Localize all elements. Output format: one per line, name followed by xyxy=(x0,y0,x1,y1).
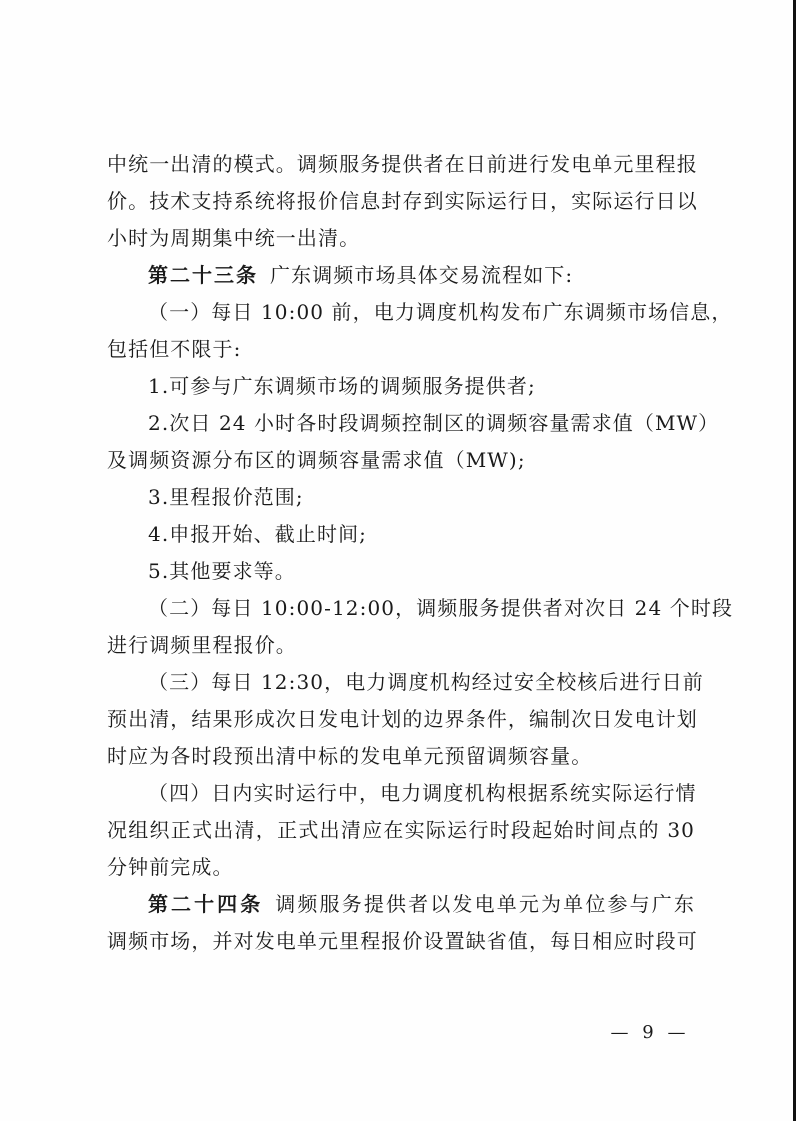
list-item: 2.次日 24 小时各时段调频控制区的调频容量需求值（MW） xyxy=(107,405,695,442)
text-line: 价。技术支持系统将报价信息封存到实际运行日，实际运行日以 xyxy=(107,183,695,220)
text-line: 中统一出清的模式。调频服务提供者在日前进行发电单元里程报 xyxy=(107,146,695,183)
text-line: 调频市场，并对发电单元里程报价设置缺省值，每日相应时段可 xyxy=(107,923,695,960)
list-item: 4.申报开始、截止时间; xyxy=(107,516,695,553)
article-label: 第二十三条 xyxy=(148,263,258,287)
text-line: （三）每日 12:30，电力调度机构经过安全校核后进行日前 xyxy=(107,664,695,701)
list-item: 3.里程报价范围; xyxy=(107,479,695,516)
text-line: 包括但不限于: xyxy=(107,331,695,368)
text-line: 及调频资源分布区的调频容量需求值（MW); xyxy=(107,442,695,479)
document-page: 中统一出清的模式。调频服务提供者在日前进行发电单元里程报 价。技术支持系统将报价… xyxy=(0,0,793,1121)
body-text: 中统一出清的模式。调频服务提供者在日前进行发电单元里程报 价。技术支持系统将报价… xyxy=(107,146,695,960)
text-line: 进行调频里程报价。 xyxy=(107,627,695,664)
list-item: 5.其他要求等。 xyxy=(107,553,695,590)
list-item: 1.可参与广东调频市场的调频服务提供者; xyxy=(107,368,695,405)
article-text: 调频服务提供者以发电单元为单位参与广东 xyxy=(275,892,695,916)
article-23-heading: 第二十三条广东调频市场具体交易流程如下: xyxy=(107,257,695,294)
text-line: 分钟前完成。 xyxy=(107,849,695,886)
article-24-heading: 第二十四条调频服务提供者以发电单元为单位参与广东 xyxy=(107,886,695,923)
article-text: 广东调频市场具体交易流程如下: xyxy=(270,263,573,287)
page-number: — 9 — xyxy=(600,1022,700,1043)
article-label: 第二十四条 xyxy=(148,892,263,916)
text-line: 时应为各时段预出清中标的发电单元预留调频容量。 xyxy=(107,738,695,775)
text-line: 况组织正式出清，正式出清应在实际运行时段起始时间点的 30 xyxy=(107,812,695,849)
text-line: 预出清，结果形成次日发电计划的边界条件，编制次日发电计划 xyxy=(107,701,695,738)
text-line: （二）每日 10:00-12:00，调频服务提供者对次日 24 个时段 xyxy=(107,590,695,627)
text-line: 小时为周期集中统一出清。 xyxy=(107,220,695,257)
text-line: （一）每日 10:00 前，电力调度机构发布广东调频市场信息， xyxy=(107,294,695,331)
text-line: （四）日内实时运行中，电力调度机构根据系统实际运行情 xyxy=(107,775,695,812)
